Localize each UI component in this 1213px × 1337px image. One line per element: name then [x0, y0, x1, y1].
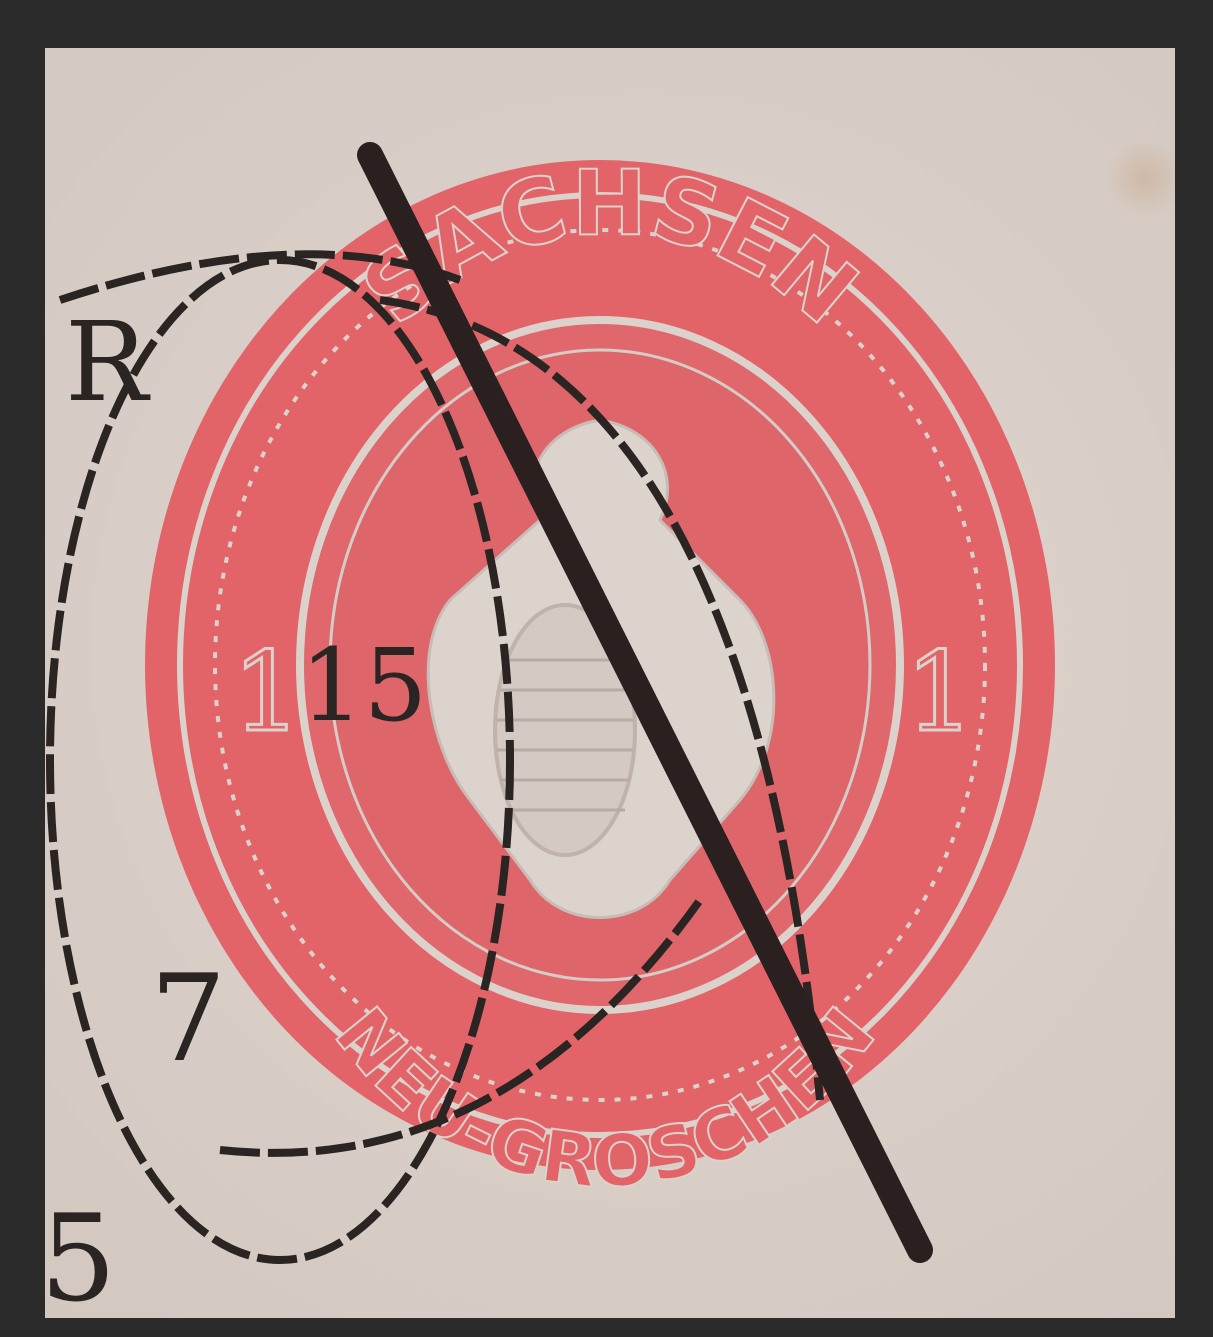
postmark-year: 7: [150, 950, 226, 1089]
value-right: 1: [905, 628, 975, 756]
stamp-artwork: SACHSEN NEU-GROSCHEN 1 1 R 15 7 5: [0, 0, 1213, 1337]
postmark-fragment: 5: [40, 1190, 116, 1329]
value-left: 1: [232, 628, 302, 756]
postmark-day: 15: [300, 627, 427, 744]
postmark-letter: R: [65, 298, 151, 426]
